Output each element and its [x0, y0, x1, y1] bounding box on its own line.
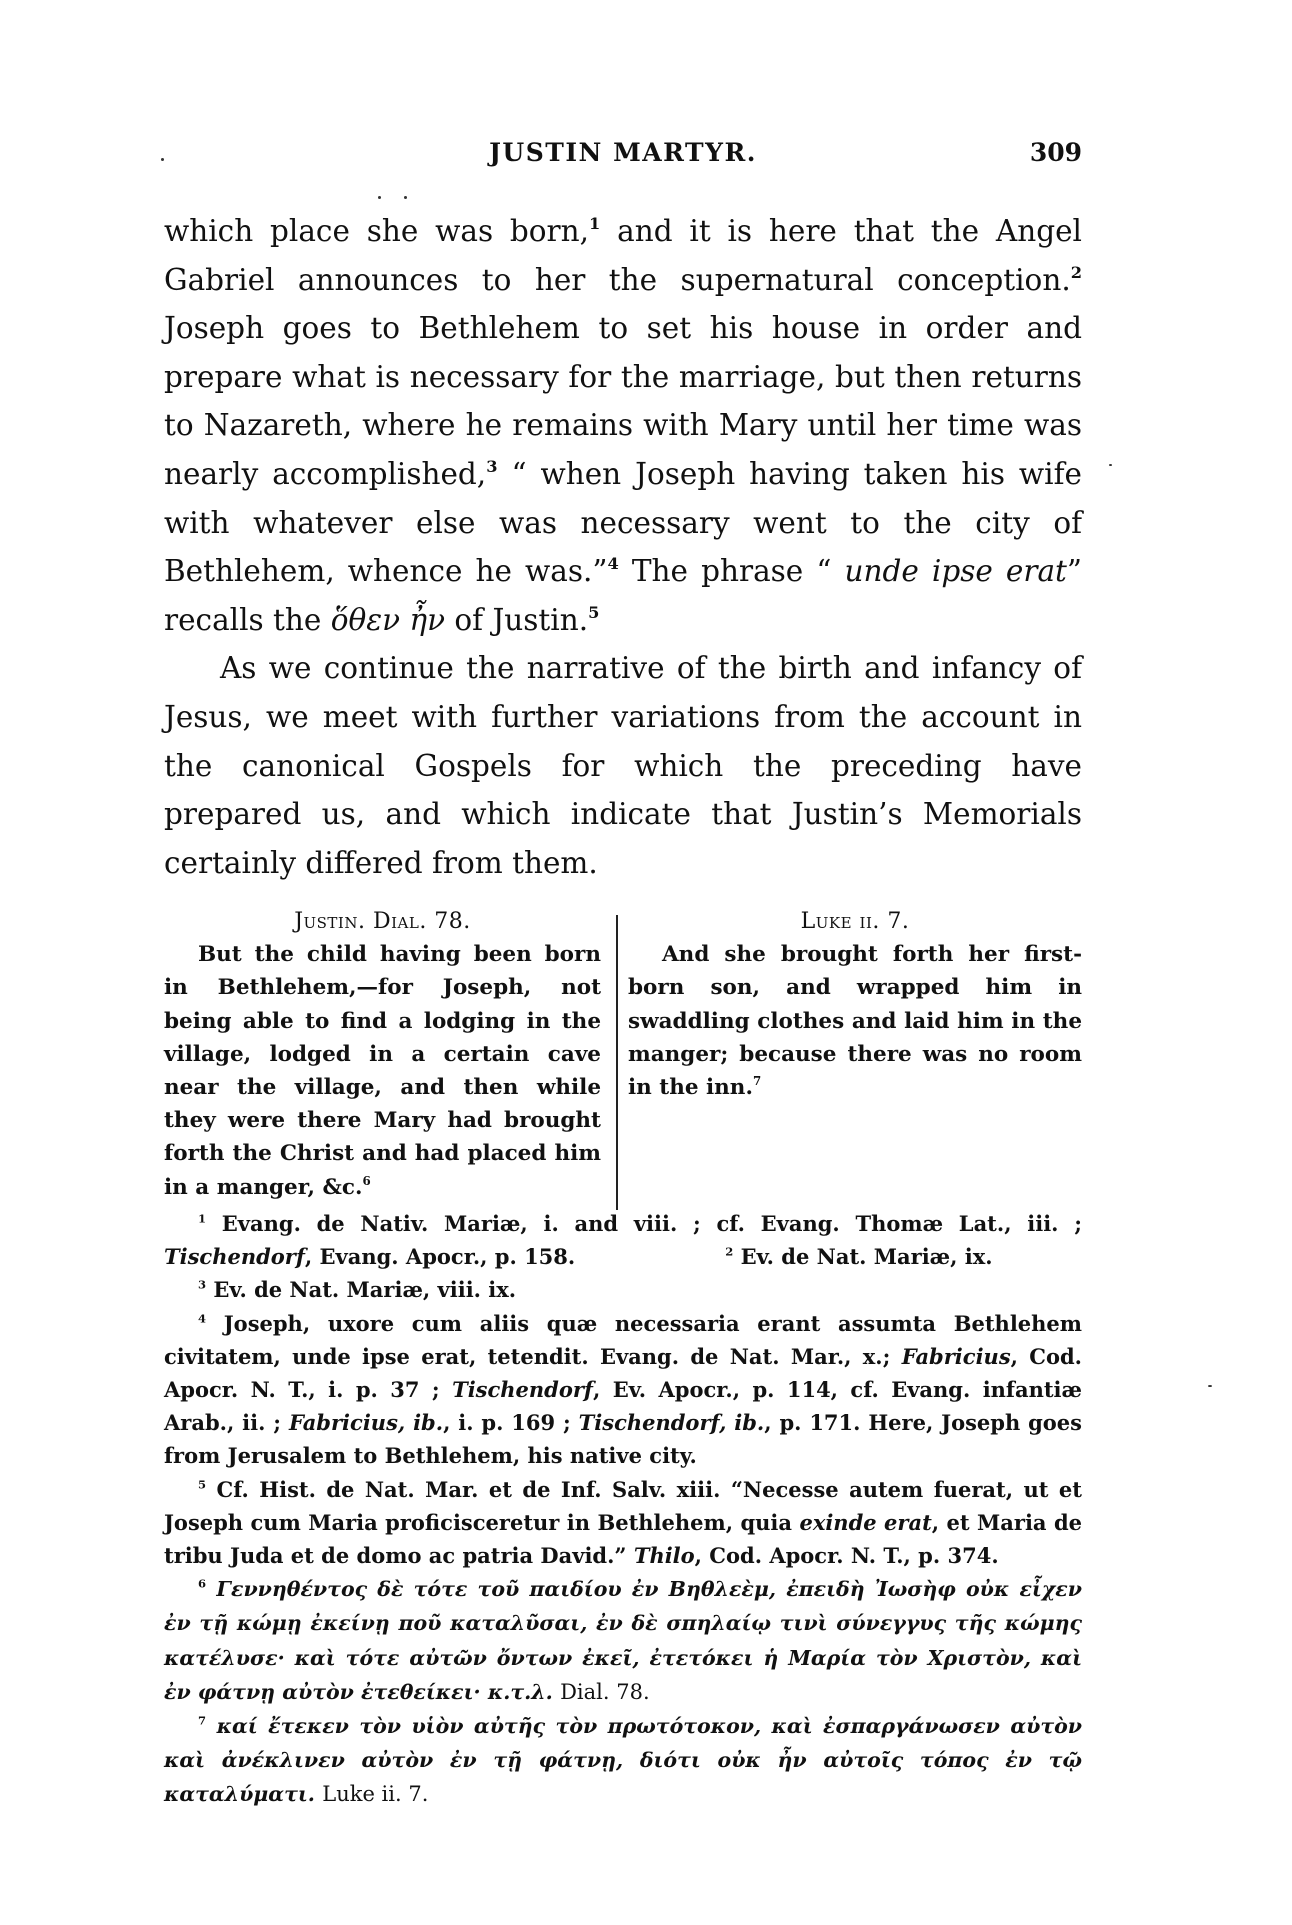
footnote-7: 7 καί ἔτεκεν τὸν υἱὸν αὐτῆς τὸν πρωτότοκ… — [164, 1709, 1082, 1812]
paragraph-1: which place she was born,1 and it is her… — [164, 207, 1082, 644]
footnote-ref-6: 6 — [362, 1174, 370, 1188]
footnote-5: 5 Cf. Hist. de Nat. Mar. et de Inf. Salv… — [164, 1473, 1082, 1573]
footnote-ref-1: 1 — [589, 214, 600, 233]
page-number: 309 — [1030, 138, 1082, 167]
parallel-columns: Justin. Dial. 78. But the child having b… — [164, 905, 1082, 1215]
footnote-6: 6 Γεννηθέντος δὲ τότε τοῦ παιδίου ἐν Βηθ… — [164, 1572, 1082, 1709]
footnote-ref-4: 4 — [608, 554, 619, 573]
footnote-ref-5: 5 — [588, 603, 599, 622]
greek-quotation: καί ἔτεκεν τὸν υἱὸν αὐτῆς τὸν πρωτότοκον… — [164, 1714, 1082, 1806]
column-heading-justin: Justin. Dial. 78. — [164, 905, 601, 938]
print-speck — [1109, 464, 1112, 466]
footnote-3: 3 Ev. de Nat. Mariæ, viii. ix. — [164, 1273, 1082, 1306]
column-text-luke: And she brought forth her first-born son… — [628, 938, 1082, 1104]
column-luke: Luke ii. 7. And she brought forth her fi… — [628, 905, 1082, 1104]
footnote-ref-2: 2 — [1071, 262, 1082, 281]
footnote-ref-7: 7 — [753, 1074, 761, 1088]
footnote-4: 4 Joseph, uxore cum aliis quæ necessaria… — [164, 1307, 1082, 1473]
column-text-justin: But the child having been born in Bethle… — [164, 938, 601, 1204]
column-justin: Justin. Dial. 78. But the child having b… — [164, 905, 601, 1204]
greek-phrase: ὅθεν ἦν — [331, 603, 445, 637]
footnote-1-and-2: 1 Evang. de Nativ. Mariæ, i. and viii. ;… — [164, 1207, 1082, 1273]
print-speck — [1208, 1385, 1212, 1387]
running-head: JUSTIN MARTYR. 309 — [164, 138, 1082, 172]
main-text: which place she was born,1 and it is her… — [164, 207, 1082, 887]
column-divider — [616, 915, 618, 1210]
footnote-ref-3: 3 — [486, 457, 497, 476]
print-speck — [378, 196, 381, 199]
book-page: JUSTIN MARTYR. 309 which place she was b… — [0, 0, 1292, 1925]
latin-phrase: unde ipse erat — [844, 554, 1066, 588]
paragraph-2: As we continue the narrative of the birt… — [164, 644, 1082, 887]
running-title: JUSTIN MARTYR. — [164, 138, 1082, 167]
footnotes: 1 Evang. de Nativ. Mariæ, i. and viii. ;… — [164, 1207, 1082, 1812]
column-heading-luke: Luke ii. 7. — [628, 905, 1082, 938]
print-speck — [404, 196, 407, 199]
